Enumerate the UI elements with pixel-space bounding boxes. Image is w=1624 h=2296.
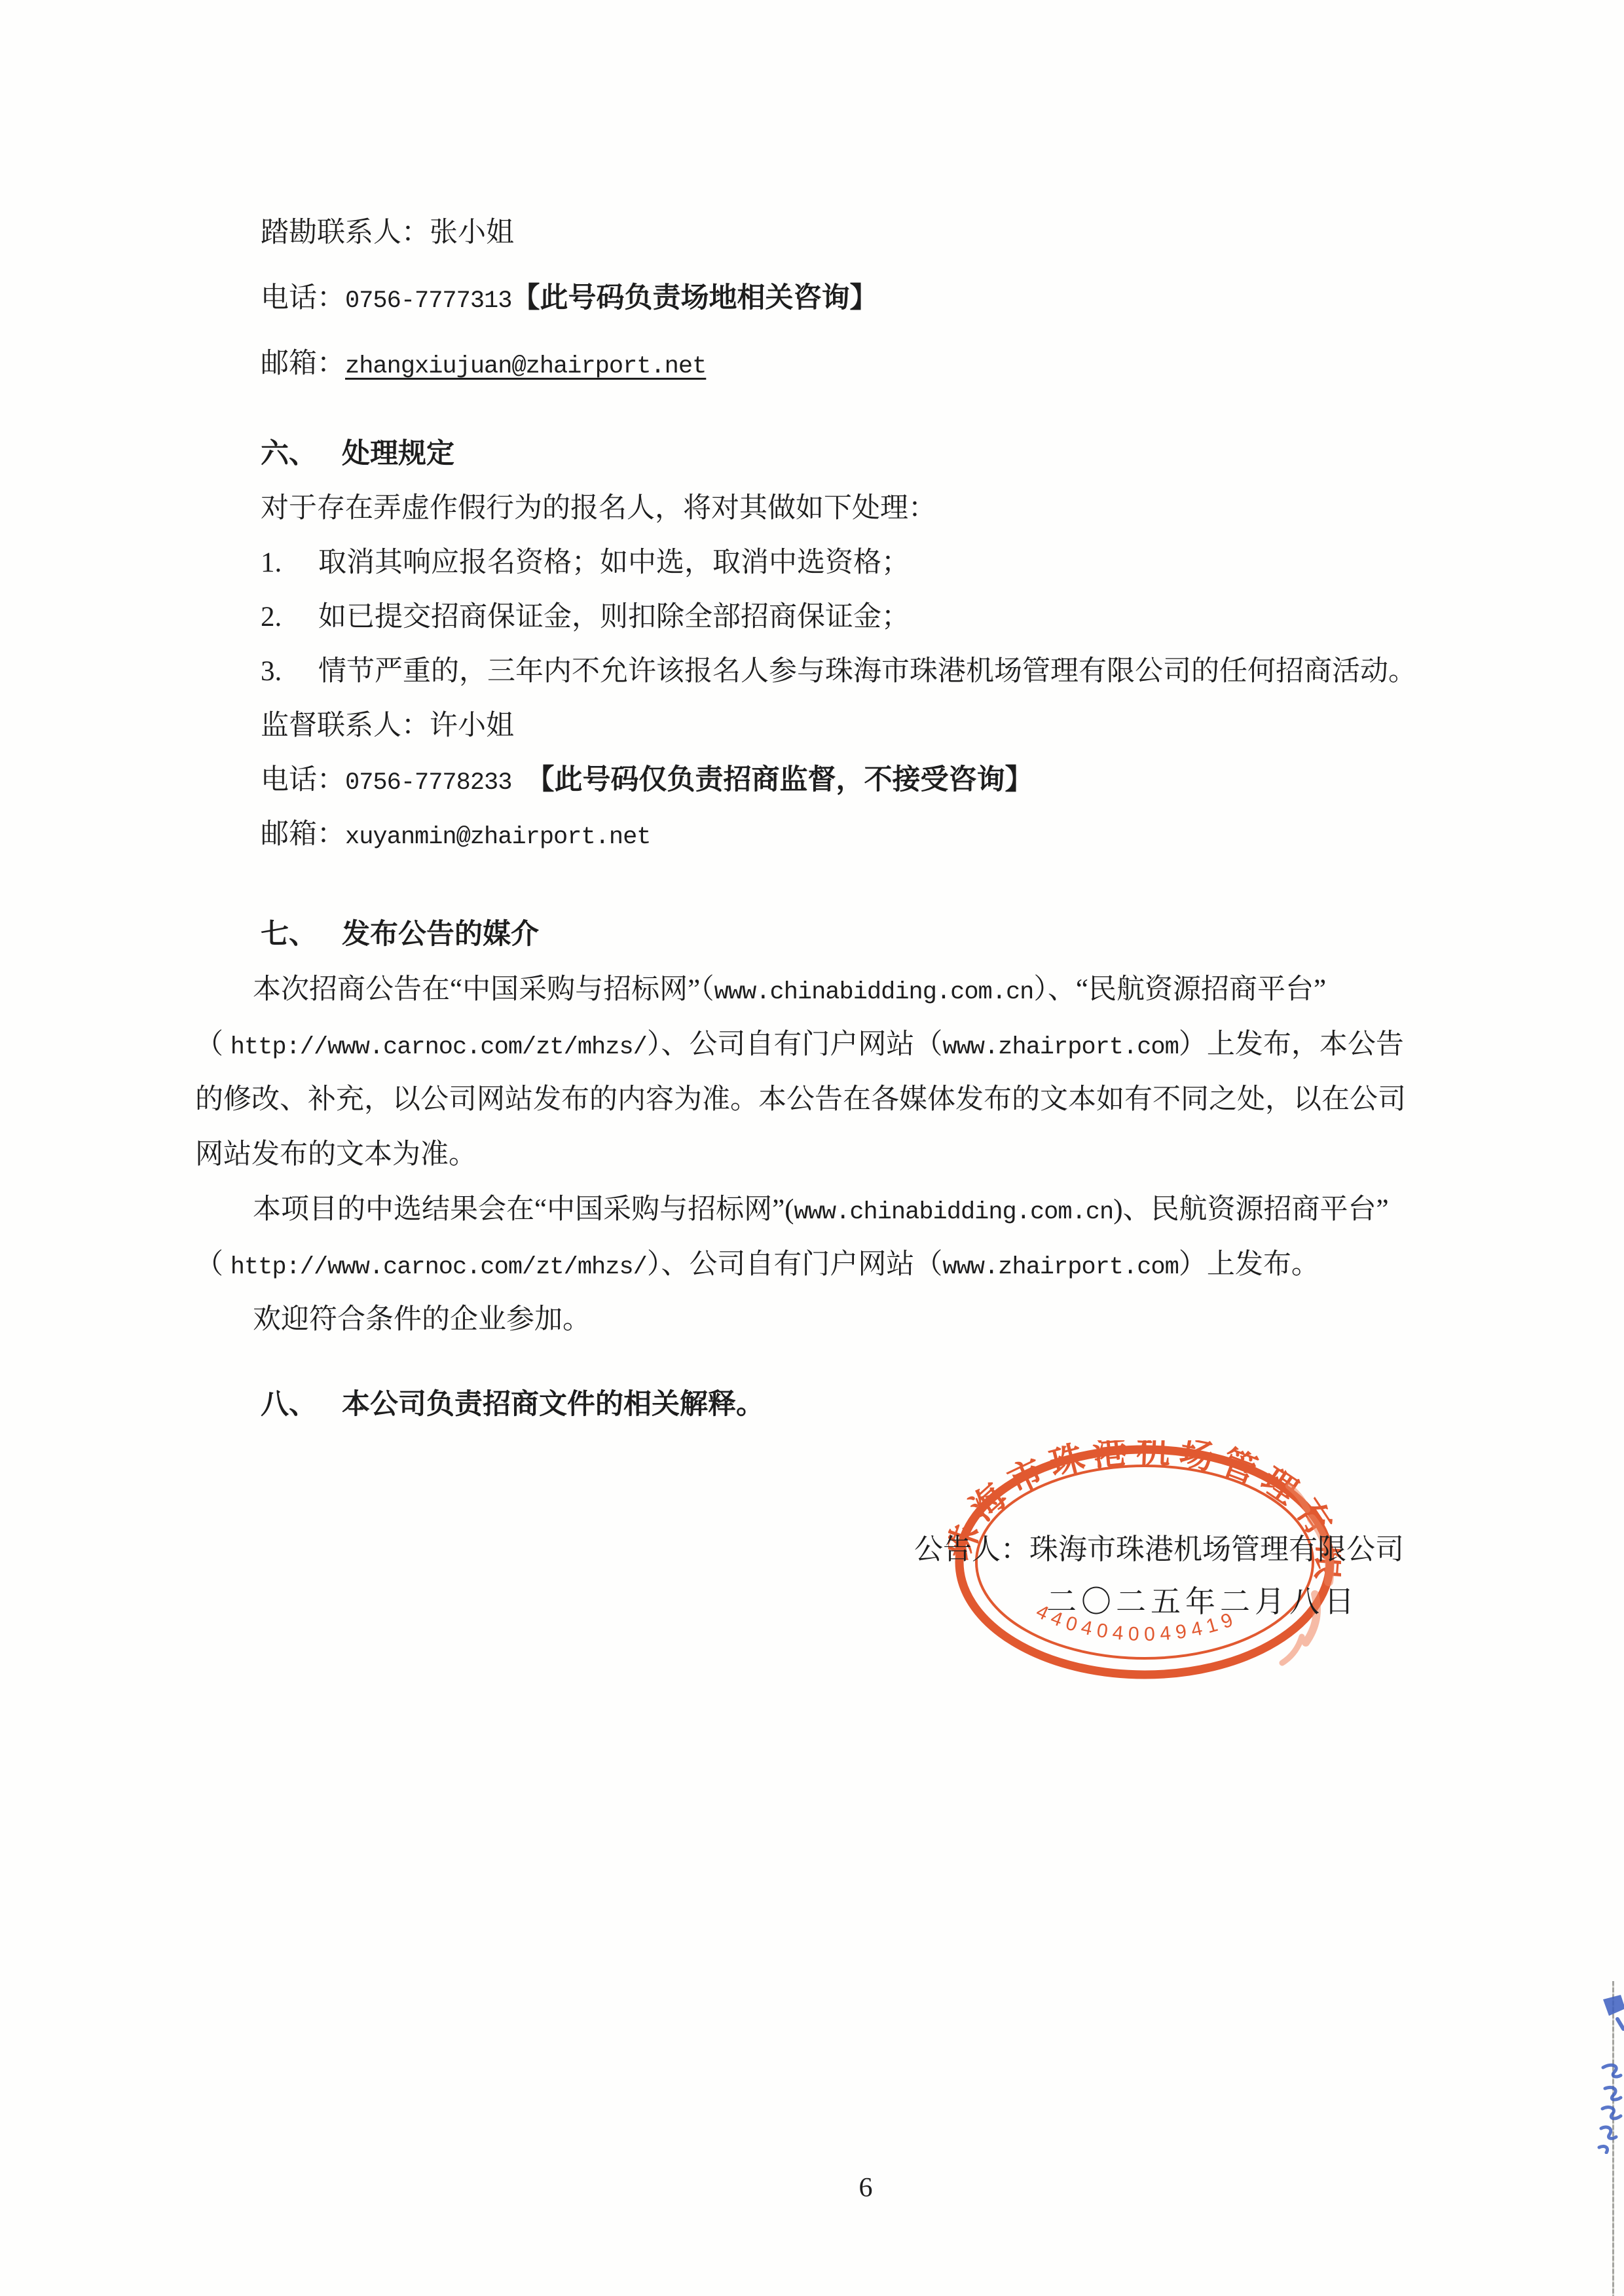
text-segment: ）、“民航资源招商平台” xyxy=(1033,974,1326,1005)
supervision-email-line: 邮箱：xuyanmin@zhairport.net xyxy=(261,807,1416,862)
text-segment: )、民航资源招商平台” xyxy=(1113,1194,1388,1225)
section-title: 本公司负责招商文件的相关解释。 xyxy=(342,1389,764,1420)
paragraph-line: （ http://www.carnoc.com/zt/mhzs/）、公司自有门户… xyxy=(195,1017,1434,1072)
email-label: 邮箱： xyxy=(261,348,345,379)
url-text: www.chinabidding.com.cn xyxy=(794,1199,1114,1226)
ink-marks xyxy=(1582,1990,1624,2154)
email-label: 邮箱： xyxy=(261,819,345,850)
section-7-publication-media: 七、发布公告的媒介 本次招商公告在“中国采购与招标网”（www.chinabid… xyxy=(195,907,1434,1347)
paragraph-line: 网站发布的文本为准。 xyxy=(195,1127,1434,1182)
email-address: zhangxiujuan@zhairport.net xyxy=(345,353,706,380)
phone-label: 电话： xyxy=(261,765,345,795)
text-segment: 本次招商公告在“中国采购与招标网”（ xyxy=(253,974,714,1005)
phone-note: 【此号码仅负责招商监督，不接受咨询】 xyxy=(526,765,1033,795)
supervision-phone-line: 电话：0756-7778233【此号码仅负责招商监督，不接受咨询】 xyxy=(261,753,1416,807)
url-text: www.zhairport.com xyxy=(942,1034,1178,1061)
list-item-text: 取消其响应报名资格；如中选，取消中选资格； xyxy=(318,547,910,578)
text-segment: 本项目的中选结果会在“中国采购与招标网”( xyxy=(253,1194,794,1225)
section-number: 六、 xyxy=(261,439,317,469)
section-8-heading: 八、本公司负责招商文件的相关解释。 xyxy=(261,1377,764,1432)
url-text: http://www.carnoc.com/zt/mhzs/ xyxy=(231,1254,647,1281)
section-number: 七、 xyxy=(261,919,317,950)
section-7-heading: 七、发布公告的媒介 xyxy=(261,907,1434,962)
announcer-line: 公告人：珠海市珠港机场管理有限公司 xyxy=(914,1525,1404,1567)
page-number: 6 xyxy=(840,2172,892,2204)
date-line: 二〇二五年二月八日 xyxy=(1046,1578,1359,1621)
paragraph-line: 的修改、补充，以公司网站发布的内容为准。本公告在各媒体发布的文本如有不同之处，以… xyxy=(195,1072,1434,1127)
list-item-3: 3.情节严重的，三年内不允许该报名人参与珠海市珠港机场管理有限公司的任何招商活动… xyxy=(261,644,1416,699)
text-segment: ）、公司自有门户网站（ xyxy=(647,1029,943,1060)
text-segment: （ xyxy=(195,1249,231,1280)
list-item-text: 如已提交招商保证金，则扣除全部招商保证金； xyxy=(318,602,910,632)
list-item-number: 1. xyxy=(261,536,318,590)
welcome-line: 欢迎符合条件的企业参加。 xyxy=(195,1292,1434,1347)
site-visit-contact-block: 踏勘联系人：张小姐 电话：0756-7777313【此号码负责场地相关咨询】 邮… xyxy=(261,200,877,397)
paragraph-line: 本项目的中选结果会在“中国采购与招标网”(www.chinabidding.co… xyxy=(195,1182,1434,1237)
site-visit-contact-line: 踏勘联系人：张小姐 xyxy=(261,200,877,266)
text-segment: （ xyxy=(195,1029,231,1060)
list-item-1: 1.取消其响应报名资格；如中选，取消中选资格； xyxy=(261,536,1416,590)
paragraph-line: （ http://www.carnoc.com/zt/mhzs/）、公司自有门户… xyxy=(195,1237,1434,1292)
url-text: http://www.carnoc.com/zt/mhzs/ xyxy=(231,1034,647,1061)
list-item-number: 3. xyxy=(261,644,318,699)
text-segment: ）、公司自有门户网站（ xyxy=(647,1249,943,1280)
list-item-text: 情节严重的，三年内不允许该报名人参与珠海市珠港机场管理有限公司的任何招商活动。 xyxy=(318,656,1416,687)
section-6-intro: 对于存在弄虚作假行为的报名人，将对其做如下处理： xyxy=(261,481,1416,536)
list-item-2: 2.如已提交招商保证金，则扣除全部招商保证金； xyxy=(261,590,1416,644)
supervisor-contact-line: 监督联系人：许小姐 xyxy=(261,699,1416,753)
list-item-number: 2. xyxy=(261,590,318,644)
url-text: www.chinabidding.com.cn xyxy=(714,979,1034,1006)
text-segment: ）上发布。 xyxy=(1179,1249,1319,1280)
section-title: 处理规定 xyxy=(342,439,454,469)
site-visit-phone-line: 电话：0756-7777313【此号码负责场地相关咨询】 xyxy=(261,266,877,331)
contact-name: 踏勘联系人：张小姐 xyxy=(261,217,514,248)
section-6-processing-rules: 六、处理规定 对于存在弄虚作假行为的报名人，将对其做如下处理： 1.取消其响应报… xyxy=(261,427,1416,862)
section-6-heading: 六、处理规定 xyxy=(261,427,1416,481)
section-title: 发布公告的媒介 xyxy=(342,919,539,950)
phone-note: 【此号码负责场地相关咨询】 xyxy=(511,283,877,314)
phone-number: 0756-7777313 xyxy=(345,287,511,315)
text-segment: ）上发布，本公告 xyxy=(1179,1029,1404,1060)
section-number: 八、 xyxy=(261,1389,317,1420)
phone-number: 0756-7778233 xyxy=(345,769,511,797)
paragraph-line: 本次招商公告在“中国采购与招标网”（www.chinabidding.com.c… xyxy=(195,962,1434,1017)
phone-label: 电话： xyxy=(261,283,345,314)
site-visit-email-line: 邮箱：zhangxiujuan@zhairport.net xyxy=(261,331,877,397)
email-address: xuyanmin@zhairport.net xyxy=(345,824,650,851)
document-page: 踏勘联系人：张小姐 电话：0756-7777313【此号码负责场地相关咨询】 邮… xyxy=(0,0,1624,2296)
url-text: www.zhairport.com xyxy=(942,1254,1178,1281)
